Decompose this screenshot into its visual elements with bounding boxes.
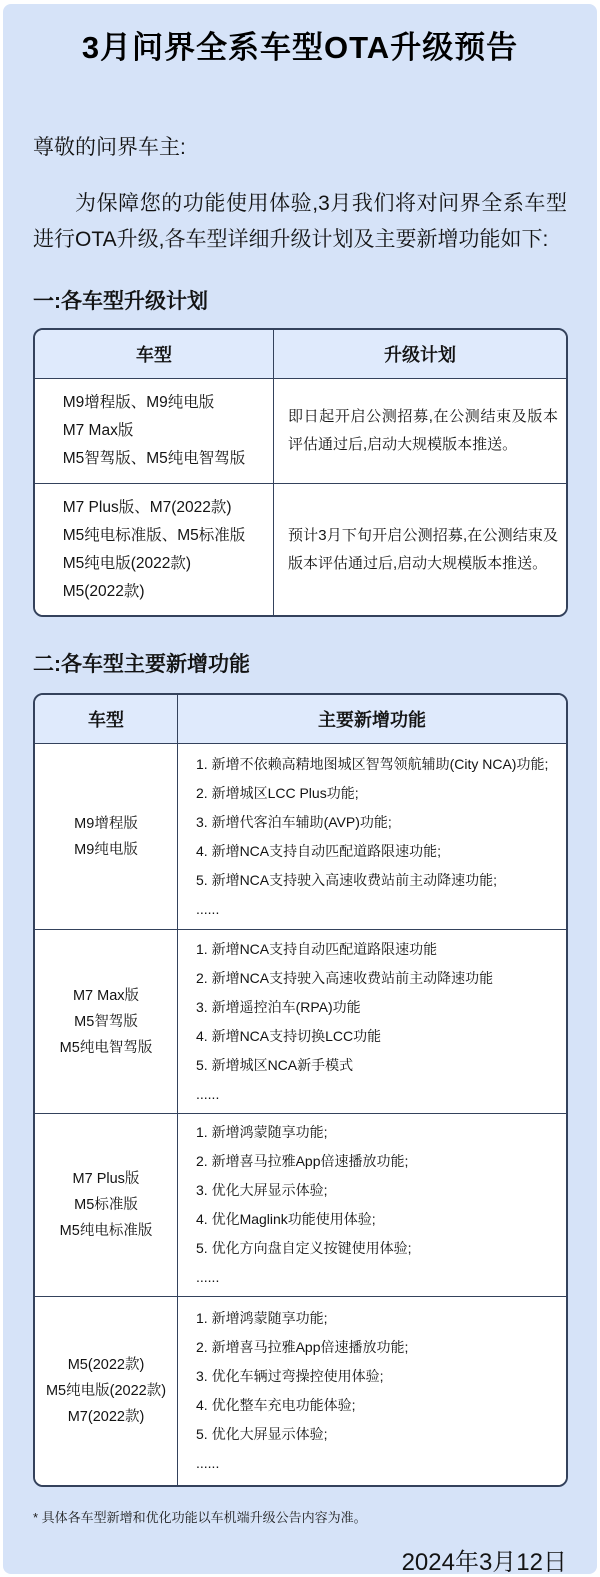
announcement-panel: 3月问界全系车型OTA升级预告 尊敬的问界车主: 为保障您的功能使用体验,3月我… bbox=[3, 4, 597, 1574]
model-line: M5纯电标准版 bbox=[35, 1218, 177, 1244]
feature-item: 3. 优化大屏显示体验; bbox=[196, 1176, 566, 1205]
t1-row2-plan-cell: 预计3月下旬开启公测招募,在公测结束及版本评估通过后,启动大规模版本推送。 bbox=[274, 484, 566, 615]
feature-item: 1. 新增鸿蒙随享功能; bbox=[196, 1304, 566, 1333]
model-line: M5纯电智驾版 bbox=[35, 1035, 177, 1061]
table-row: M7 Max版 M5智驾版 M5纯电智驾版 1. 新增NCA支持自动匹配道路限速… bbox=[35, 929, 566, 1113]
t2-row4-features-cell: 1. 新增鸿蒙随享功能; 2. 新增喜马拉雅App倍速播放功能; 3. 优化车辆… bbox=[178, 1297, 566, 1485]
new-features-table: 车型 主要新增功能 M9增程版 M9纯电版 1. 新增不依赖高精地图城区智驾领航… bbox=[33, 693, 568, 1487]
feature-item: 1. 新增不依赖高精地图城区智驾领航辅助(City NCA)功能; bbox=[196, 750, 566, 779]
model-line: M5智驾版、M5纯电智驾版 bbox=[63, 445, 246, 473]
model-line: M9增程版、M9纯电版 bbox=[63, 389, 246, 417]
t1-row2-models-cell: M7 Plus版、M7(2022款) M5纯电标准版、M5标准版 M5纯电版(2… bbox=[35, 484, 274, 615]
feature-item-ellipsis: ...... bbox=[196, 1263, 566, 1292]
feature-item: 5. 新增NCA支持驶入高速收费站前主动降速功能; bbox=[196, 866, 566, 895]
publish-date: 2024年3月12日 bbox=[33, 1547, 567, 1577]
feature-item-ellipsis: ...... bbox=[196, 895, 566, 924]
feature-item: 4. 新增NCA支持切换LCC功能 bbox=[196, 1022, 566, 1051]
model-line: M5标准版 bbox=[35, 1192, 177, 1218]
model-line: M7 Max版 bbox=[63, 417, 246, 445]
feature-item: 2. 新增喜马拉雅App倍速播放功能; bbox=[196, 1147, 566, 1176]
feature-item: 3. 优化车辆过弯操控使用体验; bbox=[196, 1362, 566, 1391]
t2-header-model: 车型 bbox=[35, 695, 178, 743]
t2-row4-models-cell: M5(2022款) M5纯电版(2022款) M7(2022款) bbox=[35, 1297, 178, 1485]
table-row: M7 Plus版 M5标准版 M5纯电标准版 1. 新增鸿蒙随享功能; 2. 新… bbox=[35, 1113, 566, 1296]
t2-header-features: 主要新增功能 bbox=[178, 695, 566, 743]
footnote: * 具体各车型新增和优化功能以车机端升级公告内容为准。 bbox=[33, 1509, 567, 1527]
model-line: M5纯电版(2022款) bbox=[35, 1378, 177, 1404]
t2-row2-features-cell: 1. 新增NCA支持自动匹配道路限速功能 2. 新增NCA支持驶入高速收费站前主… bbox=[178, 930, 566, 1113]
new-features-table-header: 车型 主要新增功能 bbox=[35, 695, 566, 743]
upgrade-plan-table-header: 车型 升级计划 bbox=[35, 330, 566, 378]
feature-item: 5. 新增城区NCA新手模式 bbox=[196, 1051, 566, 1080]
greeting-line: 尊敬的问界车主: bbox=[33, 130, 567, 166]
table-row: M9增程版 M9纯电版 1. 新增不依赖高精地图城区智驾领航辅助(City NC… bbox=[35, 743, 566, 929]
feature-item-ellipsis: ...... bbox=[196, 1080, 566, 1109]
section2-heading: 二:各车型主要新增功能 bbox=[33, 647, 567, 683]
t1-row1-models-cell: M9增程版、M9纯电版 M7 Max版 M5智驾版、M5纯电智驾版 bbox=[35, 379, 274, 483]
model-line: M5(2022款) bbox=[63, 578, 246, 606]
model-line: M7 Max版 bbox=[35, 983, 177, 1009]
t1-header-model: 车型 bbox=[35, 330, 274, 378]
model-line: M9增程版 bbox=[35, 811, 177, 837]
t2-row1-features-cell: 1. 新增不依赖高精地图城区智驾领航辅助(City NCA)功能; 2. 新增城… bbox=[178, 744, 566, 929]
feature-item: 2. 新增城区LCC Plus功能; bbox=[196, 779, 566, 808]
table-row: M7 Plus版、M7(2022款) M5纯电标准版、M5标准版 M5纯电版(2… bbox=[35, 483, 566, 615]
t1-row1-plan-cell: 即日起开启公测招募,在公测结束及版本评估通过后,启动大规模版本推送。 bbox=[274, 379, 566, 483]
model-line: M7 Plus版 bbox=[35, 1166, 177, 1192]
t2-row2-models-cell: M7 Max版 M5智驾版 M5纯电智驾版 bbox=[35, 930, 178, 1113]
feature-item-ellipsis: ...... bbox=[196, 1449, 566, 1478]
feature-item: 5. 优化方向盘自定义按键使用体验; bbox=[196, 1234, 566, 1263]
feature-item: 3. 新增代客泊车辅助(AVP)功能; bbox=[196, 808, 566, 837]
intro-paragraph: 为保障您的功能使用体验,3月我们将对问界全系车型进行OTA升级,各车型详细升级计… bbox=[33, 186, 567, 258]
feature-item: 5. 优化大屏显示体验; bbox=[196, 1420, 566, 1449]
table-row: M9增程版、M9纯电版 M7 Max版 M5智驾版、M5纯电智驾版 即日起开启公… bbox=[35, 378, 566, 483]
t1-header-plan: 升级计划 bbox=[274, 330, 566, 378]
model-line: M5(2022款) bbox=[35, 1352, 177, 1378]
t2-row3-models-cell: M7 Plus版 M5标准版 M5纯电标准版 bbox=[35, 1114, 178, 1296]
t2-row1-models-cell: M9增程版 M9纯电版 bbox=[35, 744, 178, 929]
table-row: M5(2022款) M5纯电版(2022款) M7(2022款) 1. 新增鸿蒙… bbox=[35, 1296, 566, 1485]
feature-item: 4. 新增NCA支持自动匹配道路限速功能; bbox=[196, 837, 566, 866]
model-line: M5纯电版(2022款) bbox=[63, 550, 246, 578]
model-line: M7(2022款) bbox=[35, 1404, 177, 1430]
feature-item: 4. 优化整车充电功能体验; bbox=[196, 1391, 566, 1420]
feature-item: 3. 新增遥控泊车(RPA)功能 bbox=[196, 993, 566, 1022]
model-line: M5纯电标准版、M5标准版 bbox=[63, 522, 246, 550]
feature-item: 1. 新增鸿蒙随享功能; bbox=[196, 1118, 566, 1147]
model-line: M9纯电版 bbox=[35, 837, 177, 863]
page-title: 3月问界全系车型OTA升级预告 bbox=[33, 26, 567, 70]
feature-item: 2. 新增NCA支持驶入高速收费站前主动降速功能 bbox=[196, 964, 566, 993]
feature-item: 4. 优化Maglink功能使用体验; bbox=[196, 1205, 566, 1234]
upgrade-plan-table: 车型 升级计划 M9增程版、M9纯电版 M7 Max版 M5智驾版、M5纯电智驾… bbox=[33, 328, 568, 617]
section1-heading: 一:各车型升级计划 bbox=[33, 284, 567, 320]
model-line: M5智驾版 bbox=[35, 1009, 177, 1035]
feature-item: 2. 新增喜马拉雅App倍速播放功能; bbox=[196, 1333, 566, 1362]
model-line: M7 Plus版、M7(2022款) bbox=[63, 494, 246, 522]
t2-row3-features-cell: 1. 新增鸿蒙随享功能; 2. 新增喜马拉雅App倍速播放功能; 3. 优化大屏… bbox=[178, 1114, 566, 1296]
feature-item: 1. 新增NCA支持自动匹配道路限速功能 bbox=[196, 935, 566, 964]
